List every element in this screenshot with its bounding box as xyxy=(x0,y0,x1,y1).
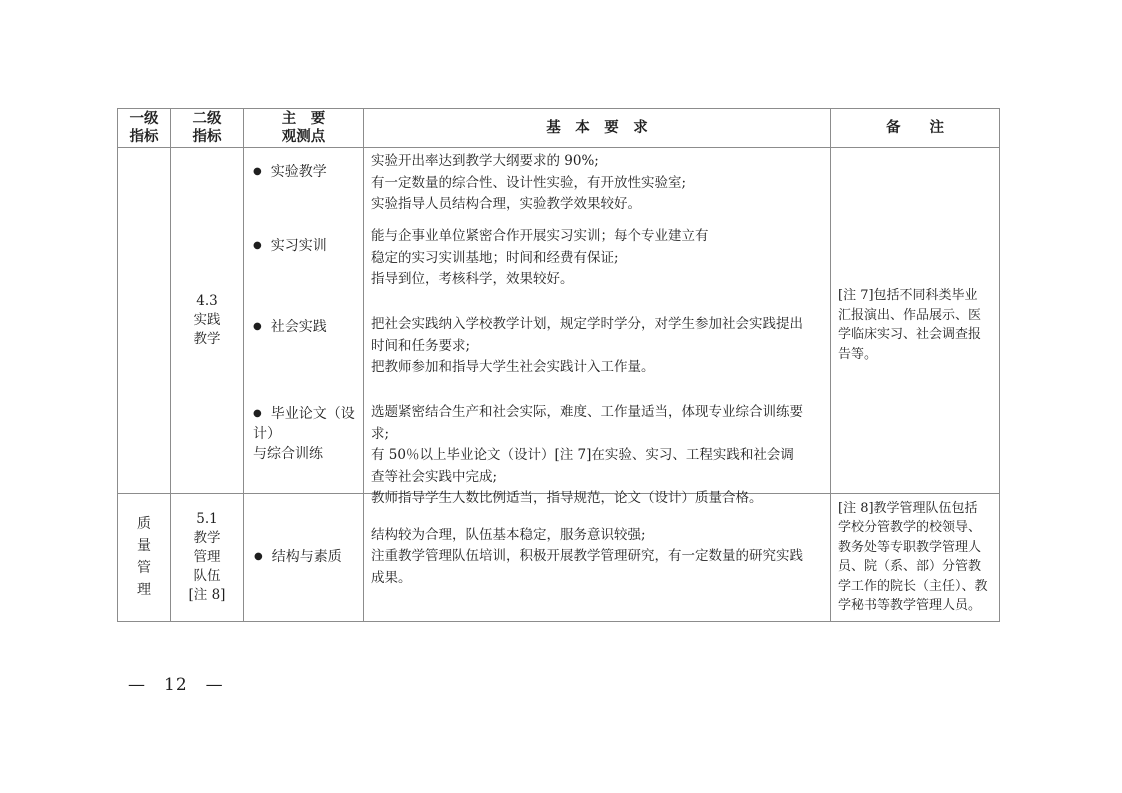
remark-text: [注 8]教学管理队伍包括 学校分管教学的校领导、 教务处等专职教学管理人 员、… xyxy=(838,499,988,616)
observation-point-label: 实验教学 xyxy=(271,164,327,180)
cell-observation-points: ●实验教学 ●实习实训 ●社会实践 ●毕业论文（设计） 与综合训练 xyxy=(244,148,364,494)
cell-remark-note8: [注 8]教学管理队伍包括 学校分管教学的校领导、 教务处等专职教学管理人 员、… xyxy=(831,494,1000,622)
level1-indicator-text: 质 量 管 理 xyxy=(118,494,170,620)
bullet-icon: ● xyxy=(253,166,262,177)
observation-point-label: 实习实训 xyxy=(271,238,327,254)
cell-basic-requirements: 结构较为合理，队伍基本稳定，服务意识较强; 注重教学管理队伍培训，积极开展教学管… xyxy=(364,494,831,622)
remark-text: [注 7]包括不同科类毕业 汇报演出、作品展示、医 学临床实习、社会调查报 告等… xyxy=(838,286,996,364)
table-header-row: 一级 指标 二级 指标 主 要 观测点 基 本 要 求 备 注 xyxy=(118,109,1000,148)
requirement-text: 实验开出率达到教学大纲要求的 90%; 有一定数量的综合性、设计性实验，有开放性… xyxy=(371,151,828,216)
cell-basic-requirements: 实验开出率达到教学大纲要求的 90%; 有一定数量的综合性、设计性实验，有开放性… xyxy=(364,148,831,494)
cell-level1-quality-management: 质 量 管 理 xyxy=(118,494,171,622)
observation-point: ●社会实践 xyxy=(253,317,361,337)
level2-indicator-text: 4.3 实践 教学 xyxy=(171,148,243,492)
cell-remark-note7: [注 7]包括不同科类毕业 汇报演出、作品展示、医 学临床实习、社会调查报 告等… xyxy=(831,148,1000,494)
requirement-text: 选题紧密结合生产和社会实际，难度、工作量适当，体现专业综合训练要 求; 有 50… xyxy=(371,402,828,510)
cell-observation-points: ●结构与素质 xyxy=(244,494,364,622)
header-level2-indicator: 二级 指标 xyxy=(171,109,244,148)
requirement-text: 结构较为合理，队伍基本稳定，服务意识较强; 注重教学管理队伍培训，积极开展教学管… xyxy=(371,525,803,590)
table-row-quality-management: 质 量 管 理 5.1 教学 管理 队伍 [注 8] ●结构与素质 结构较为合理… xyxy=(118,494,1000,622)
requirement-text: 把社会实践纳入学校教学计划，规定学时学分，对学生参加社会实践提出 时间和任务要求… xyxy=(371,314,828,379)
observation-point: ●毕业论文（设计） 与综合训练 xyxy=(253,404,361,464)
header-remarks: 备 注 xyxy=(831,109,1000,148)
document-page: 一级 指标 二级 指标 主 要 观测点 基 本 要 求 备 注 4.3 实践 教… xyxy=(0,0,1122,793)
page-number: — 12 — xyxy=(128,670,224,695)
observation-point-label: 社会实践 xyxy=(271,319,327,335)
observation-point-label: 结构与素质 xyxy=(272,549,342,565)
header-observation-points: 主 要 观测点 xyxy=(244,109,364,148)
level2-indicator-text: 5.1 教学 管理 队伍 [注 8] xyxy=(171,494,243,620)
level1-indicator-text xyxy=(118,148,170,492)
bullet-icon: ● xyxy=(253,408,262,419)
observation-point: ●实习实训 xyxy=(253,236,361,256)
bullet-icon: ● xyxy=(253,321,262,332)
indicator-table: 一级 指标 二级 指标 主 要 观测点 基 本 要 求 备 注 4.3 实践 教… xyxy=(117,108,1000,622)
cell-level2-5-1: 5.1 教学 管理 队伍 [注 8] xyxy=(171,494,244,622)
bullet-icon: ● xyxy=(254,551,263,562)
header-level1-indicator: 一级 指标 xyxy=(118,109,171,148)
cell-level1-empty xyxy=(118,148,171,494)
observation-point-label: 毕业论文（设计） 与综合训练 xyxy=(253,406,355,462)
table-row-practice-teaching: 4.3 实践 教学 ●实验教学 ●实习实训 ●社会实践 ●毕业论文（设计） 与综… xyxy=(118,148,1000,494)
cell-level2-4-3: 4.3 实践 教学 xyxy=(171,148,244,494)
requirement-text: 能与企事业单位紧密合作开展实习实训；每个专业建立有 稳定的实习实训基地；时间和经… xyxy=(371,226,828,291)
observation-point: ●实验教学 xyxy=(253,162,361,182)
header-basic-requirements: 基 本 要 求 xyxy=(364,109,831,148)
observation-point: ●结构与素质 xyxy=(244,494,363,620)
bullet-icon: ● xyxy=(253,240,262,251)
